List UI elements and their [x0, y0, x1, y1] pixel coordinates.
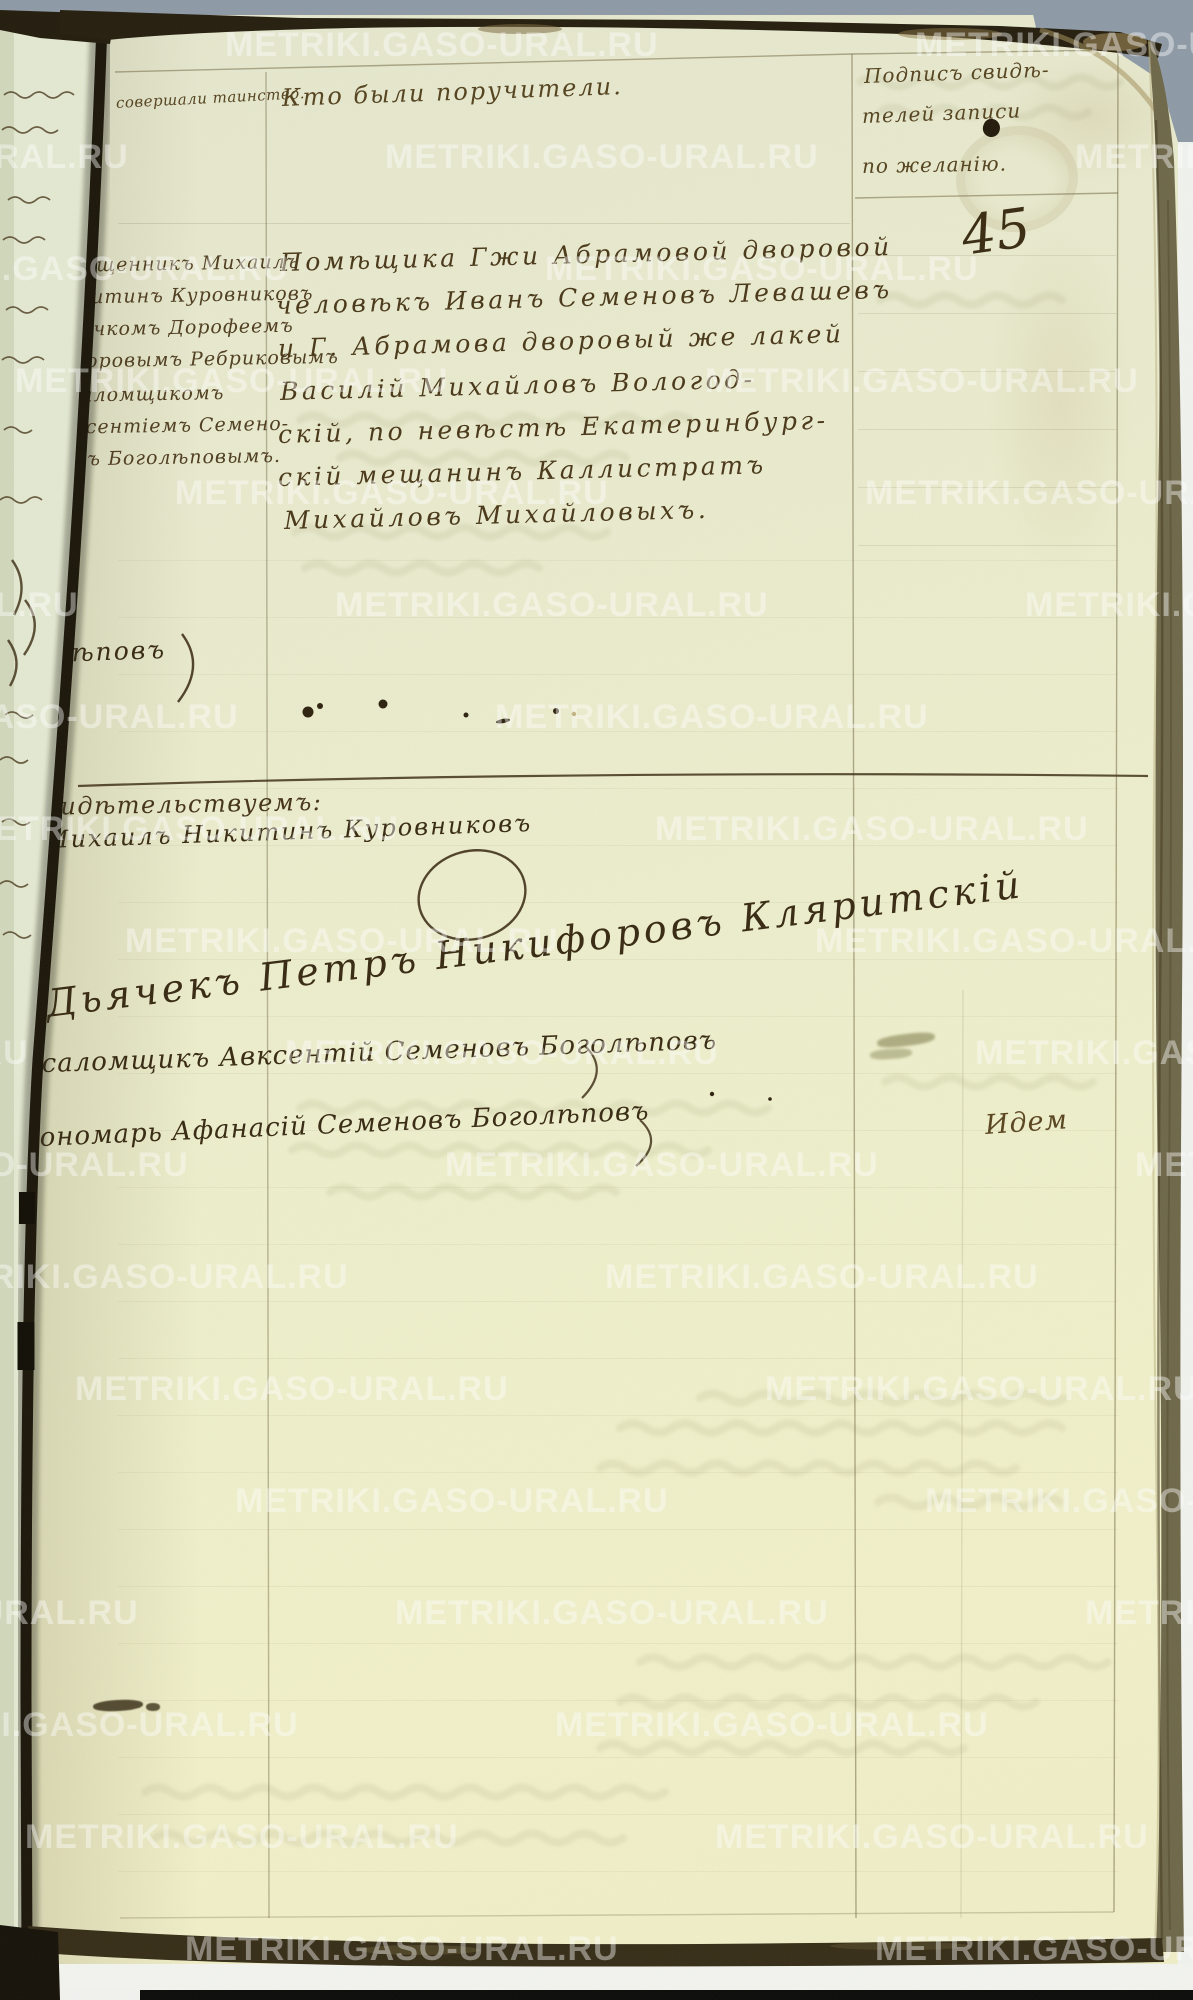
scanned-metric-book-page: совершали таинство. Кто были поручители.… [0, 0, 1193, 2000]
grain-overlay [0, 0, 1193, 2000]
